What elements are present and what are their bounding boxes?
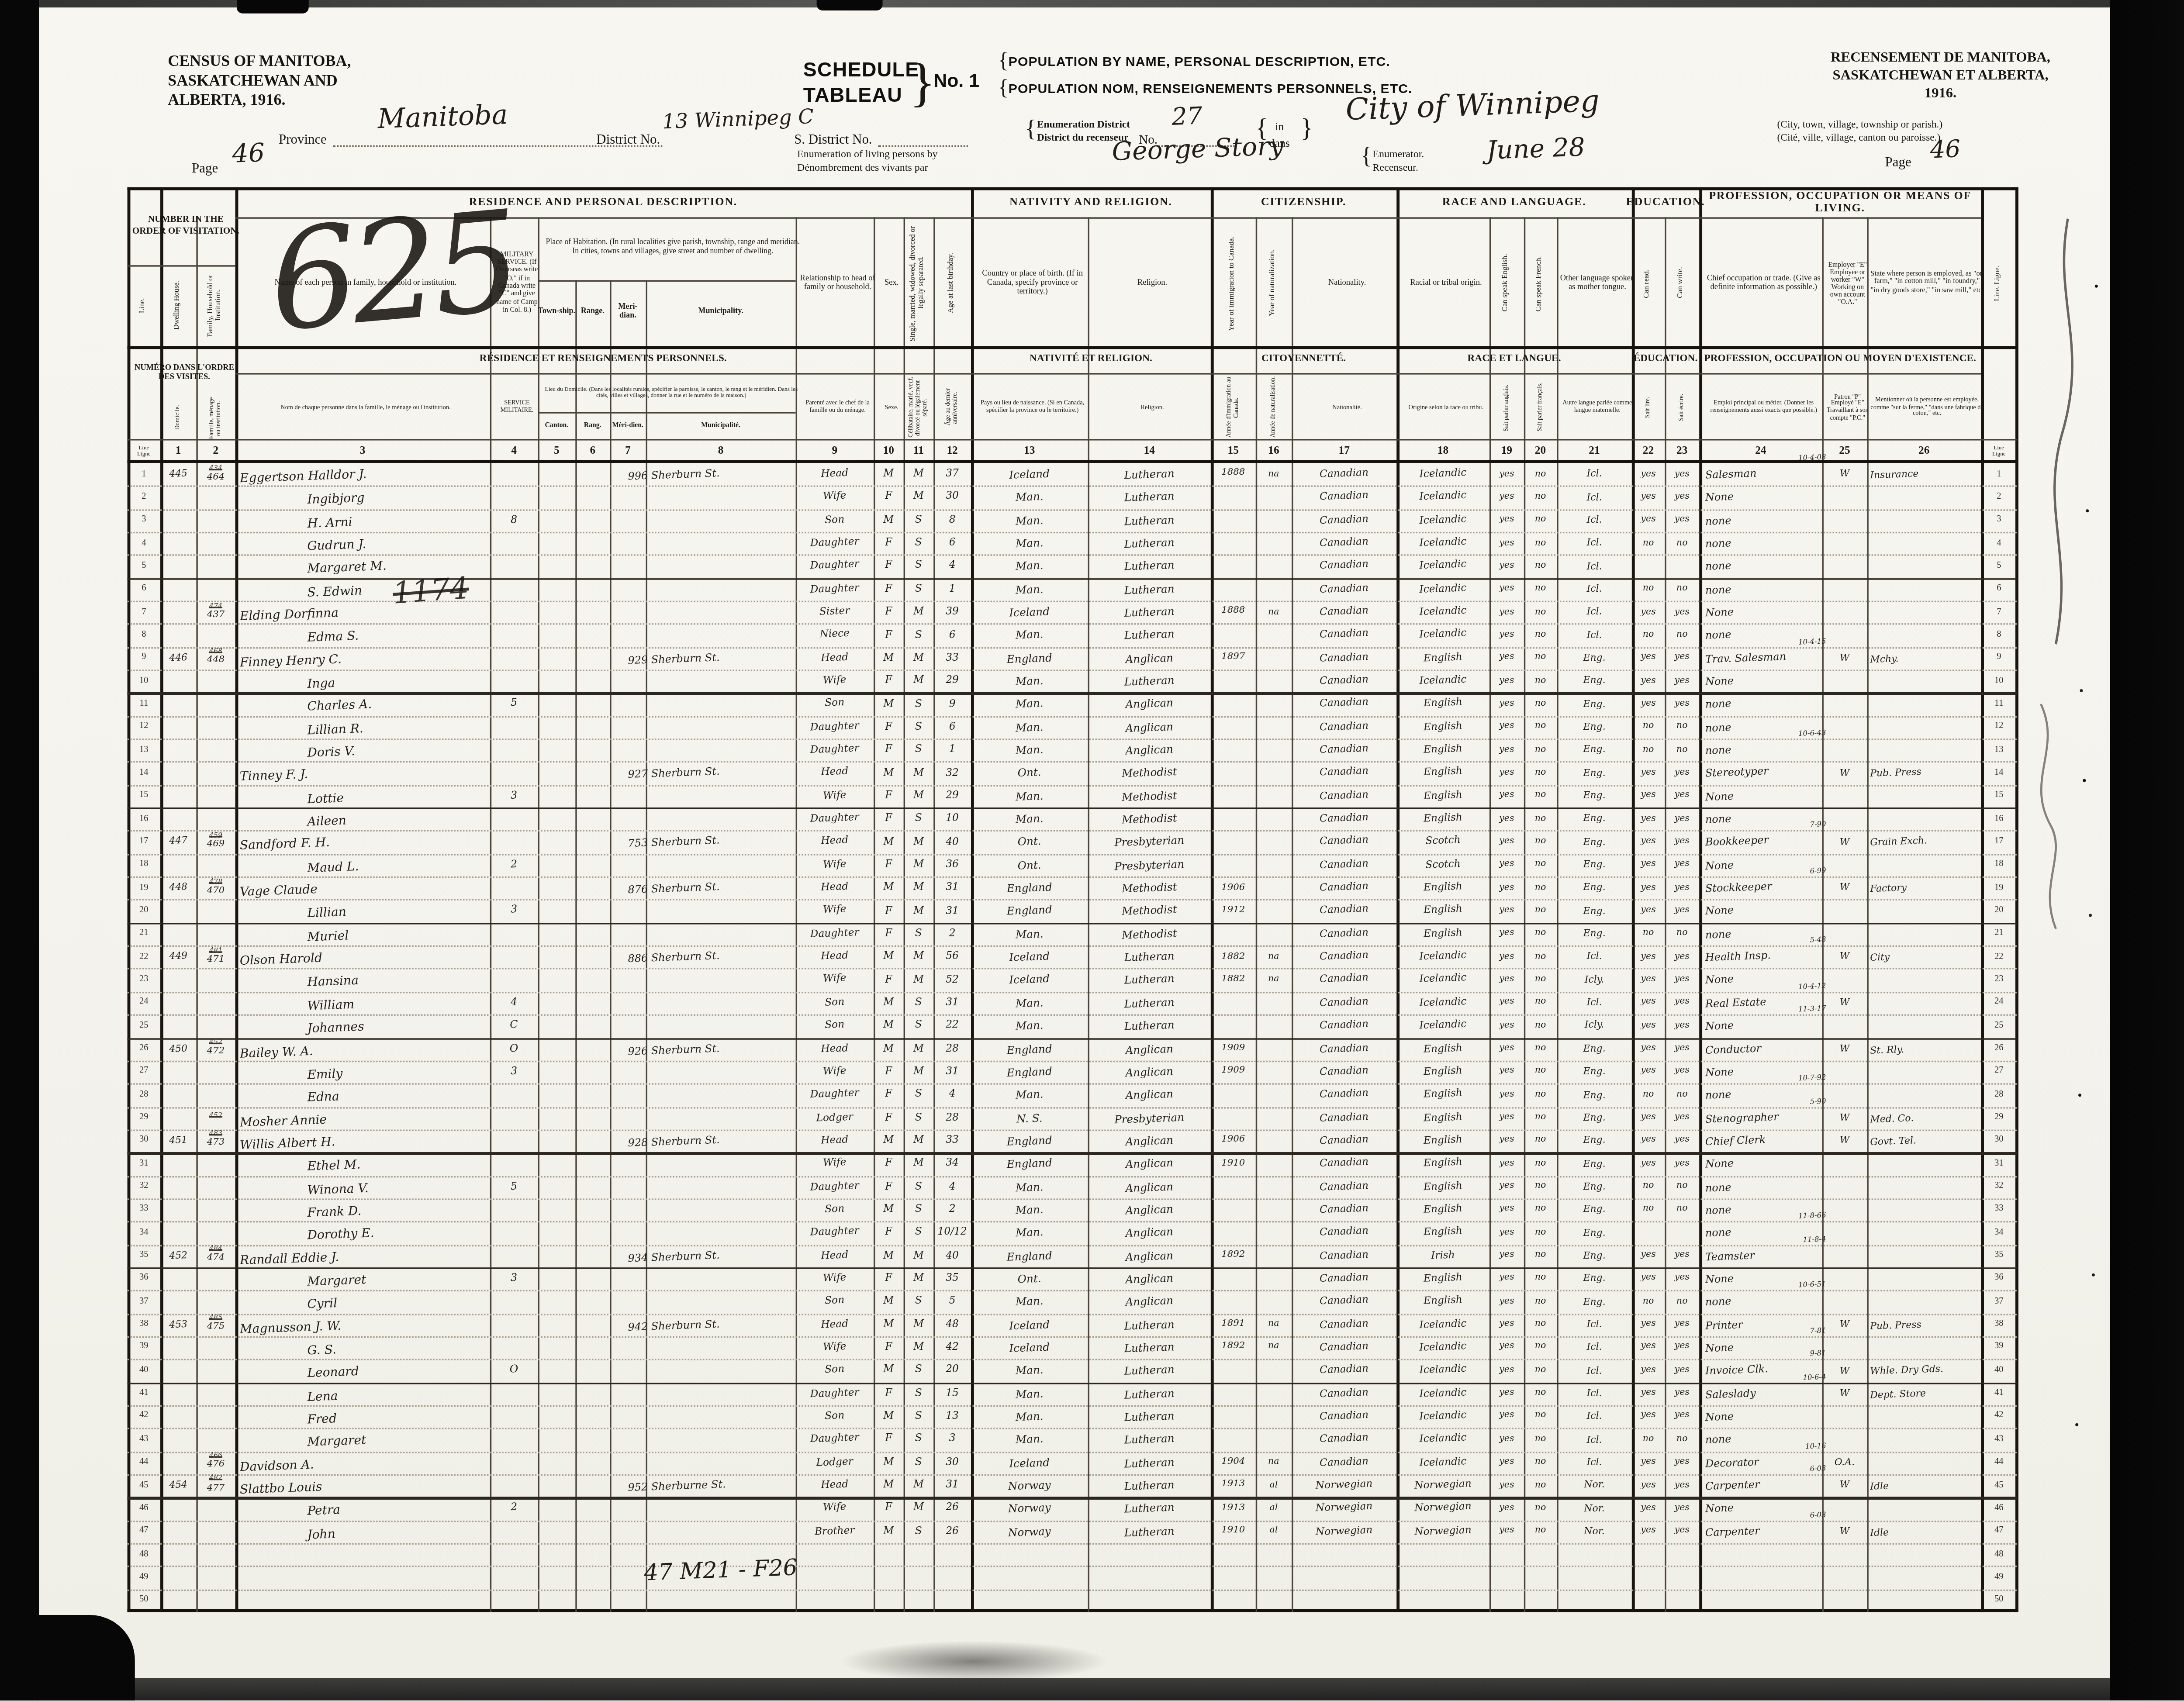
immigration-year: 1888	[1211, 463, 1256, 486]
immigration-year: 1910	[1211, 1520, 1256, 1543]
line-number-right: 36	[1981, 1267, 2017, 1290]
speaks-english: yes	[1489, 1313, 1524, 1336]
sex: F	[874, 807, 904, 831]
mother-tongue: Eng.	[1557, 922, 1632, 945]
employment-class: W	[1822, 762, 1867, 785]
left-block-title-en: NUMBER IN THE ORDER OF VISITATION.	[128, 190, 245, 262]
col-label-en-age: Age at last birthday.	[933, 220, 971, 346]
mother-tongue: Eng.	[1557, 1106, 1632, 1129]
age: 31	[933, 1060, 971, 1083]
age: 31	[933, 876, 971, 900]
speaks-english: yes	[1489, 900, 1524, 923]
line-number-left: 39	[128, 1336, 160, 1359]
racial-origin: English	[1396, 898, 1489, 924]
marital-status: S	[904, 1290, 934, 1313]
scan-border-top	[39, 0, 2110, 7]
family-number: 478470	[196, 876, 235, 900]
age: 35	[933, 1267, 971, 1290]
speaks-english: yes	[1489, 1359, 1524, 1382]
birthplace: England	[971, 1035, 1088, 1063]
can-read: yes	[1632, 1106, 1665, 1129]
employment-class: W	[1822, 1382, 1867, 1405]
can-read: no	[1632, 1290, 1665, 1313]
address: 996 Sherburn St.	[646, 460, 799, 489]
birthplace: Man.	[971, 553, 1088, 580]
line-number-left: 15	[128, 785, 160, 808]
col-label-fr-bir: Pays ou lieu de naissance. (Si en Canada…	[971, 376, 1094, 439]
mother-tongue: Eng.	[1557, 1244, 1632, 1267]
dwelling-number: 446	[160, 646, 197, 670]
col-label-fr-name: Nom de chaque personne dans la famille, …	[235, 376, 496, 439]
col-label-fr-rel: Parenté avec le chef de la famille ou du…	[796, 376, 880, 439]
mother-tongue: Icly.	[1557, 1014, 1632, 1038]
line-number-left: 3	[128, 509, 160, 532]
sex: M	[874, 991, 904, 1014]
page-value-left: 46	[232, 139, 266, 170]
can-read: yes	[1632, 807, 1665, 831]
age: 5	[933, 1290, 971, 1313]
line-number-right: 29	[1981, 1106, 2017, 1129]
racial-origin: Icelandic	[1396, 1335, 1489, 1361]
col-label-fr-age: Âge au dernier anniversaire.	[933, 376, 971, 439]
sex: M	[874, 509, 904, 532]
can-write: no	[1665, 578, 1699, 601]
in-brace-right-icon: }	[1301, 114, 1313, 144]
mother-tongue: Eng.	[1557, 693, 1632, 716]
can-write: no	[1665, 1428, 1699, 1451]
speaks-english: yes	[1489, 831, 1524, 854]
marital-status: S	[904, 1451, 934, 1474]
sex: F	[874, 532, 904, 555]
occupation: none	[1699, 552, 1828, 580]
col-label-en-nty: Nationality.	[1292, 220, 1403, 346]
mother-tongue: Eng.	[1557, 876, 1632, 900]
column-number: 20	[1524, 439, 1557, 463]
mother-tongue: Eng.	[1557, 1060, 1632, 1083]
racial-origin: Icelandic	[1396, 944, 1489, 970]
religion: Lutheran	[1088, 1518, 1211, 1545]
can-write: no	[1665, 1198, 1699, 1221]
line-number-right: 49	[1981, 1566, 2017, 1589]
speaks-english: yes	[1489, 693, 1524, 716]
sex: M	[874, 693, 904, 716]
speaks-english: yes	[1489, 463, 1524, 486]
sex: F	[874, 922, 904, 945]
birthplace: N. S.	[971, 1104, 1088, 1132]
speaks-english: yes	[1489, 1152, 1524, 1176]
enum-district-number: 27	[1171, 101, 1203, 131]
age: 26	[933, 1520, 971, 1543]
age: 28	[933, 1038, 971, 1061]
relationship: Brother	[795, 1519, 874, 1545]
relationship: Daughter	[795, 1174, 874, 1200]
line-number-left: 44	[128, 1451, 160, 1474]
racial-origin: Icelandic	[1396, 1358, 1489, 1384]
marital-status: M	[904, 463, 934, 486]
mother-tongue: Icl.	[1557, 1359, 1632, 1382]
age: 2	[933, 1198, 971, 1221]
sex: M	[874, 1520, 904, 1543]
birthplace: England	[971, 1242, 1088, 1270]
speaks-french: no	[1524, 1060, 1557, 1083]
can-read: yes	[1632, 693, 1665, 716]
can-read: yes	[1632, 647, 1665, 670]
racial-origin: Icelandic	[1396, 1013, 1489, 1039]
nationality: Canadian	[1291, 990, 1397, 1016]
age: 30	[933, 1451, 971, 1474]
can-read: yes	[1632, 670, 1665, 693]
table-frame-bottom	[128, 1609, 2017, 1612]
marital-status: M	[904, 1313, 934, 1336]
relationship: Head	[795, 829, 874, 855]
can-write: yes	[1665, 1313, 1699, 1336]
line-number-right: 31	[1981, 1152, 2017, 1176]
col-label-en-org: Racial or tribal origin.	[1396, 220, 1495, 346]
column-number: 6	[575, 439, 610, 463]
line-number-left: 37	[128, 1290, 160, 1313]
speaks-french: no	[1524, 1221, 1557, 1245]
sex: F	[874, 1382, 904, 1405]
place-group-text-fr: Lieu du Domicile. (Dans les localités ru…	[538, 376, 805, 409]
nationality: Canadian	[1291, 576, 1397, 603]
mother-tongue: Icl.	[1557, 486, 1632, 509]
racial-origin: Icelandic	[1396, 967, 1489, 993]
place-mini-en-mun: Municipality.	[646, 283, 796, 343]
can-read: no	[1632, 624, 1665, 647]
can-write: yes	[1665, 1520, 1699, 1543]
racial-origin: Icelandic	[1396, 530, 1489, 556]
line-number-left: 47	[128, 1520, 160, 1543]
speaks-french: no	[1524, 900, 1557, 923]
sex: F	[874, 1267, 904, 1290]
speaks-french: no	[1524, 532, 1557, 555]
relationship: Daughter	[795, 921, 874, 947]
military-service: C	[490, 1014, 539, 1038]
age: 10/12	[933, 1221, 971, 1245]
can-write: yes	[1665, 1405, 1699, 1428]
speaks-english: yes	[1489, 854, 1524, 877]
age: 56	[933, 945, 971, 969]
mother-tongue: Icl.	[1557, 1336, 1632, 1359]
speaks-french: no	[1524, 1382, 1557, 1405]
can-read: no	[1632, 1083, 1665, 1107]
can-read: yes	[1632, 509, 1665, 532]
speaks-english: yes	[1489, 969, 1524, 992]
col-label-en-whe: State where person is employed, as "on f…	[1867, 220, 1987, 346]
line-number-left: 20	[128, 900, 160, 923]
sex: F	[874, 670, 904, 693]
speaks-english: yes	[1489, 532, 1524, 555]
marital-status: S	[904, 624, 934, 647]
can-write: no	[1665, 1290, 1699, 1313]
speaks-english: yes	[1489, 647, 1524, 670]
racial-origin: English	[1396, 737, 1489, 763]
sex: F	[874, 1221, 904, 1245]
racial-origin: English	[1396, 1059, 1489, 1085]
age: 42	[933, 1336, 971, 1359]
col-label-en-rel: Relationship to head of family or househ…	[796, 220, 880, 346]
can-read: yes	[1632, 1244, 1665, 1267]
district-label: District No.	[596, 132, 660, 147]
date-value: June 28	[1486, 133, 1586, 166]
line-number-left: 18	[128, 854, 160, 877]
line-number-left: 35	[128, 1244, 160, 1267]
col-label-en-fam: Family, Household or Institution.	[196, 265, 235, 346]
immigration-year: 1913	[1211, 1474, 1256, 1497]
immigration-year: 1912	[1211, 900, 1256, 923]
religion: Lutheran	[1088, 1449, 1211, 1476]
col-label-fr-cwr: Sait écrire.	[1665, 376, 1699, 439]
age: 32	[933, 762, 971, 785]
can-write: no	[1665, 716, 1699, 739]
line-number-left: 13	[128, 739, 160, 762]
column-number: 2	[196, 439, 235, 463]
address: 942 Sherburn St.	[646, 1311, 799, 1339]
racial-origin: English	[1396, 1082, 1489, 1108]
col-label-en-sfr: Can speak French.	[1524, 220, 1557, 346]
age: 39	[933, 601, 971, 624]
relationship: Daughter	[795, 737, 874, 763]
can-write: yes	[1665, 1336, 1699, 1359]
can-write: no	[1665, 1083, 1699, 1107]
sex: M	[874, 1290, 904, 1313]
can-read: yes	[1632, 1129, 1665, 1152]
mother-tongue: Icly.	[1557, 969, 1632, 992]
can-write: yes	[1665, 876, 1699, 900]
mother-tongue: Icl.	[1557, 1382, 1632, 1405]
overlay-struck-number: 1174	[391, 569, 470, 611]
racial-origin: Icelandic	[1396, 668, 1489, 694]
address: 886 Sherburn St.	[646, 943, 799, 971]
col-label-en-bir: Country or place of birth. (If in Canada…	[971, 220, 1094, 346]
sex: M	[874, 1405, 904, 1428]
scan-speckles	[2083, 779, 2086, 782]
sex: M	[874, 1313, 904, 1336]
group-title-fr: PROFESSION, OCCUPATION OU MOYEN D'EXISTE…	[1699, 346, 1981, 373]
speaks-english: yes	[1489, 1175, 1524, 1198]
sex: M	[874, 762, 904, 785]
dwelling-number: 449	[160, 945, 197, 969]
can-read: yes	[1632, 785, 1665, 808]
naturalization-year: na	[1256, 945, 1292, 969]
nationality: Canadian	[1291, 783, 1397, 810]
religion: Anglican	[1088, 1081, 1211, 1108]
marital-status: M	[904, 945, 934, 969]
can-write: yes	[1665, 670, 1699, 693]
line-number-left: 12	[128, 716, 160, 739]
province-label: Province	[279, 132, 327, 147]
speaks-english: yes	[1489, 1290, 1524, 1313]
occupation: None	[1699, 897, 1828, 925]
line-number-left: 46	[128, 1497, 160, 1520]
immigration-year: 1910	[1211, 1152, 1256, 1176]
sex: M	[874, 1038, 904, 1061]
mother-tongue: Eng.	[1557, 900, 1632, 923]
sex: F	[874, 1336, 904, 1359]
can-read: no	[1632, 716, 1665, 739]
schedule-number: No. 1	[933, 70, 979, 91]
col-label-en-mar: Single, married, widowed, divorced or le…	[904, 220, 934, 346]
mother-tongue: Eng.	[1557, 1152, 1632, 1176]
birthplace: Ont.	[971, 759, 1088, 787]
speaks-english: yes	[1489, 601, 1524, 624]
sex: F	[874, 785, 904, 808]
relationship: Wife	[795, 1496, 874, 1522]
place-group-text-en: Place of Habitation. (In rural localitie…	[538, 220, 808, 277]
group-title-en: RACE AND LANGUAGE.	[1396, 187, 1632, 217]
racial-origin: Icelandic	[1396, 1404, 1489, 1430]
immigration-year: 1888	[1211, 601, 1256, 624]
relationship: Head	[795, 1036, 874, 1062]
column-number: 8	[646, 439, 796, 463]
line-number-left: 50	[128, 1589, 160, 1612]
age: 4	[933, 1083, 971, 1107]
sex: F	[874, 1152, 904, 1176]
age: 6	[933, 532, 971, 555]
marital-status: M	[904, 486, 934, 509]
mother-tongue: Eng.	[1557, 1290, 1632, 1313]
col-label-fr-emp: Patron "P" Employé "E" Travaillant à son…	[1822, 376, 1873, 439]
place-mini-fr-rng: Rang.	[575, 414, 610, 438]
col-label-en-imm: Year of immigration to Canada.	[1211, 220, 1256, 346]
can-write: yes	[1665, 1106, 1699, 1129]
mother-tongue: Icl.	[1557, 945, 1632, 969]
occupation: Carpenter6-03	[1699, 1518, 1828, 1546]
marital-status: M	[904, 601, 934, 624]
family-number: 468448	[196, 647, 235, 670]
age: 4	[933, 1175, 971, 1198]
relationship: Son	[795, 1197, 874, 1223]
relationship: Wife	[795, 485, 874, 511]
line-number-left: 34	[128, 1221, 160, 1245]
speaks-english: yes	[1489, 1497, 1524, 1520]
nationality: Canadian	[1291, 1266, 1397, 1292]
speaks-french: no	[1524, 578, 1557, 601]
can-read: yes	[1632, 1313, 1665, 1336]
speaks-french: no	[1524, 716, 1557, 739]
address: 952 Sherburne St.	[646, 1471, 799, 1500]
occupation: Teamster11-8-4	[1699, 1242, 1828, 1270]
can-read: yes	[1632, 1267, 1665, 1290]
marital-status: M	[904, 1474, 934, 1497]
marital-status: M	[904, 785, 934, 808]
age: 36	[933, 854, 971, 877]
where-employed: Mchy.	[1867, 645, 1984, 672]
nationality: Canadian	[1291, 1035, 1397, 1062]
age: 22	[933, 1014, 971, 1038]
nationality: Canadian	[1291, 622, 1397, 649]
marital-status: S	[904, 1405, 934, 1428]
occupation: Stenographer5-90	[1699, 1104, 1828, 1132]
occupation: none	[1699, 1173, 1828, 1201]
dwelling-number: 452	[160, 1244, 197, 1268]
mother-tongue: Icl.	[1557, 1428, 1632, 1451]
speaks-french: no	[1524, 1451, 1557, 1474]
birthplace: Man.	[971, 507, 1088, 534]
nationality: Canadian	[1291, 1357, 1397, 1384]
line-number-right: 33	[1981, 1198, 2017, 1221]
line-number-right: 35	[1981, 1244, 2017, 1267]
marital-status: S	[904, 1359, 934, 1382]
speaks-english: yes	[1489, 1198, 1524, 1221]
speaks-english: yes	[1489, 762, 1524, 785]
can-read: yes	[1632, 1038, 1665, 1061]
mother-tongue: Icl.	[1557, 578, 1632, 601]
age: 13	[933, 1405, 971, 1428]
row-rule	[128, 1566, 2017, 1567]
racial-origin: Norwegian	[1396, 1518, 1489, 1545]
population-brace-icon: {	[998, 49, 1009, 75]
speaks-english: yes	[1489, 1267, 1524, 1290]
can-read: yes	[1632, 1405, 1665, 1428]
mother-tongue: Eng.	[1557, 647, 1632, 670]
age: 29	[933, 785, 971, 808]
racial-origin: English	[1396, 783, 1489, 809]
can-write: yes	[1665, 1474, 1699, 1497]
sex: M	[874, 1198, 904, 1221]
speaks-english: yes	[1489, 1083, 1524, 1107]
religion: Lutheran	[1088, 1357, 1211, 1384]
col-label-en-nat: Year of naturalization.	[1256, 220, 1292, 346]
group-title-fr: NATIVITÉ ET RELIGION.	[971, 346, 1211, 373]
speaks-french: no	[1524, 876, 1557, 900]
birthplace: Norway	[971, 1495, 1088, 1522]
nationality: Canadian	[1291, 1380, 1397, 1407]
sex: F	[874, 624, 904, 647]
age: 48	[933, 1313, 971, 1336]
can-write: yes	[1665, 1359, 1699, 1382]
racial-origin: Scotch	[1396, 829, 1489, 855]
relationship: Head	[795, 645, 874, 671]
column-number: 11	[904, 439, 934, 463]
religion: Anglican	[1088, 1219, 1211, 1246]
speaks-english: yes	[1489, 1244, 1524, 1267]
occupation: None11-3-17	[1699, 1012, 1828, 1040]
religion: Lutheran	[1088, 966, 1211, 994]
speaks-french: no	[1524, 1244, 1557, 1267]
col-label-fr-mar: Célibataire, marié, veuf, divorcé ou lég…	[904, 376, 934, 439]
speaks-french: no	[1524, 1152, 1557, 1176]
naturalization-year: na	[1256, 1336, 1292, 1359]
col-label-fr-crd: Sait lire.	[1632, 376, 1665, 439]
speaks-english: yes	[1489, 716, 1524, 739]
col-label-fr-occ: Emploi principal ou métier. (Donner les …	[1699, 376, 1828, 439]
speaks-english: yes	[1489, 1451, 1524, 1474]
group-title-en: NATIVITY AND RELIGION.	[971, 187, 1211, 217]
marital-status: M	[904, 900, 934, 923]
scan-top-mark	[237, 0, 309, 14]
marital-status: M	[904, 854, 934, 877]
can-read: yes	[1632, 1520, 1665, 1543]
dwelling-number: 454	[160, 1473, 197, 1497]
mother-tongue: Eng.	[1557, 1198, 1632, 1221]
line-number-left: 2	[128, 486, 160, 509]
title-right: RECENSEMENT DE MANITOBA, SASKATCHEWAN ET…	[1806, 51, 2075, 104]
group-title-fr: RACE ET LANGUE.	[1396, 346, 1632, 373]
racial-origin: English	[1396, 806, 1489, 832]
nationality: Canadian	[1291, 1128, 1397, 1154]
line-number-left: 31	[128, 1152, 160, 1176]
line-number-left: 10	[128, 670, 160, 693]
immigration-year: 1892	[1211, 1244, 1256, 1267]
can-read: no	[1632, 1428, 1665, 1451]
birthplace: England	[971, 645, 1088, 672]
can-read: yes	[1632, 1336, 1665, 1359]
can-write: no	[1665, 922, 1699, 945]
age: 37	[933, 463, 971, 486]
racial-origin: Icelandic	[1396, 990, 1489, 1016]
age: 40	[933, 1244, 971, 1267]
